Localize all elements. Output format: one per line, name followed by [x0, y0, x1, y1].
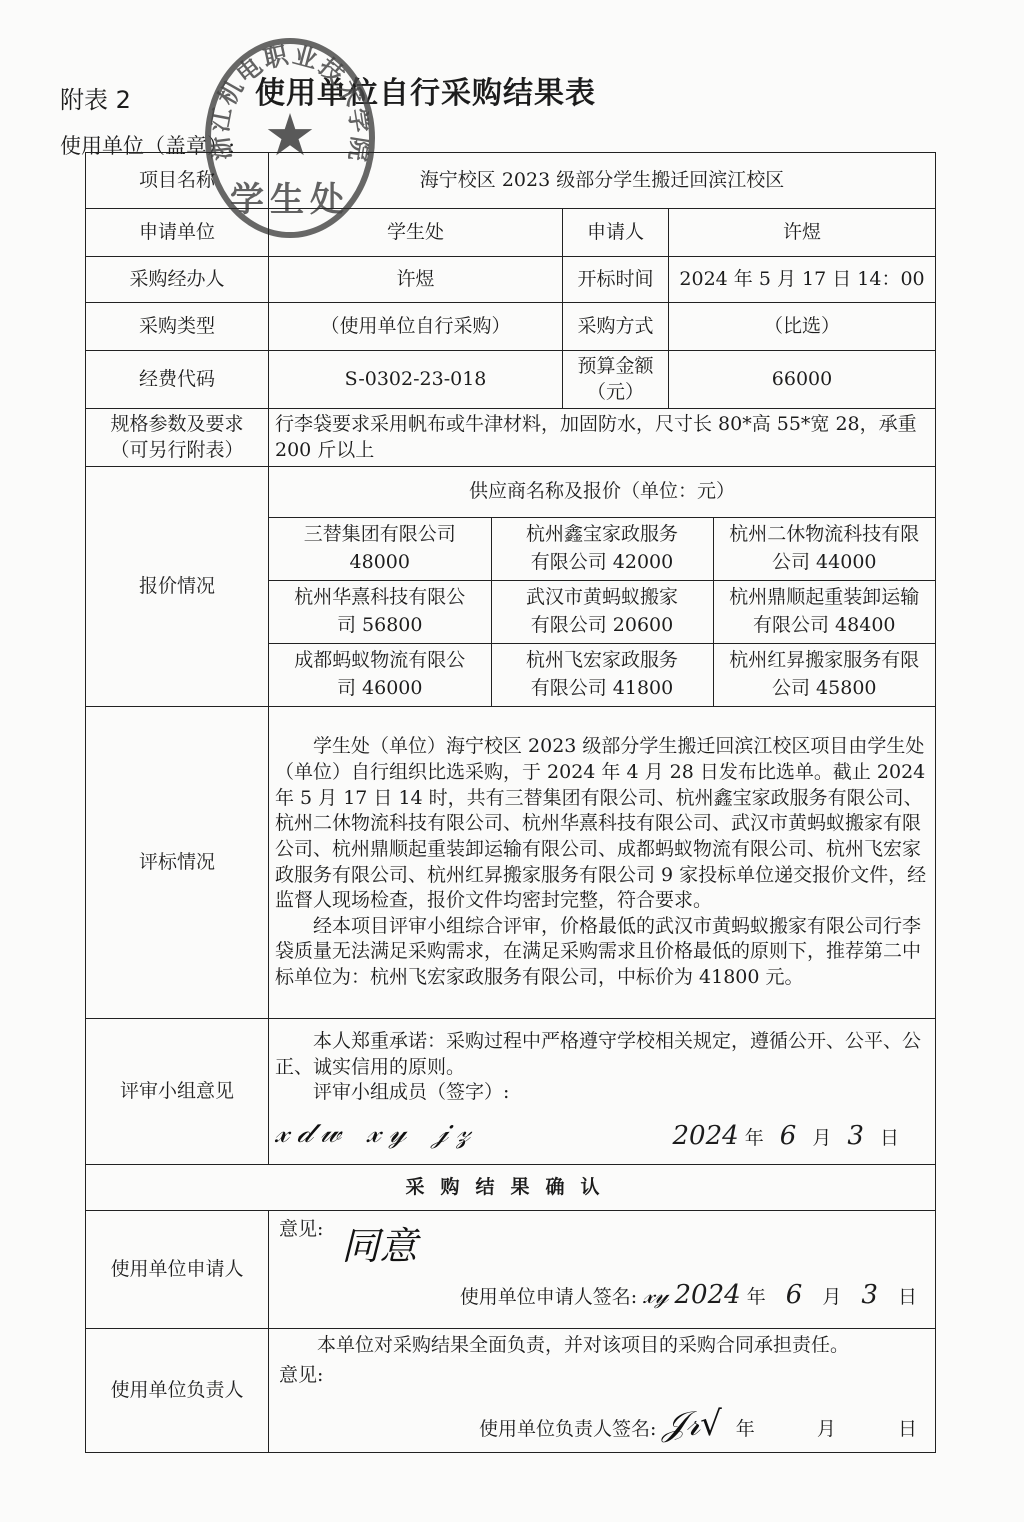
- bid-opening-time-label: 开标时间: [563, 257, 669, 303]
- document-title: 使用单位自行采购结果表: [255, 68, 596, 112]
- review-signature-line: 𝓍𝒹𝓌 𝓍𝓎 𝒿𝓏 2024 年 6 月 3 日: [275, 1106, 929, 1154]
- row-review: 评审小组意见 本人郑重承诺：采购过程中严格遵守学校相关规定，遵循公开、公平、公正…: [86, 1019, 936, 1165]
- applicant-label: 申请人: [563, 209, 669, 257]
- row-confirmation-title: 采购结果确认: [86, 1165, 936, 1211]
- row-evaluation: 评标情况 学生处（单位）海宁校区 2023 级部分学生搬迁回滨江校区项目由学生处…: [86, 707, 936, 1019]
- review-signatures: 𝓍𝒹𝓌 𝓍𝓎 𝒿𝓏: [275, 1113, 478, 1154]
- applicant-value: 许煜: [669, 209, 936, 257]
- row-applicant-confirm: 使用单位申请人 意见: 同意 使用单位申请人签名: 𝓍𝓎 2024 年 6 月 …: [86, 1211, 936, 1329]
- evaluation-label: 评标情况: [86, 707, 269, 1019]
- purchase-type-label: 采购类型: [86, 303, 269, 351]
- review-pledge: 本人郑重承诺：采购过程中严格遵守学校相关规定，遵循公开、公平、公正、诚实信用的原…: [275, 1029, 929, 1080]
- appendix-label: 附表 2: [60, 80, 131, 115]
- applicant-opinion-label: 意见:: [279, 1217, 323, 1243]
- applicant-unit-label: 申请单位: [86, 209, 269, 257]
- head-section-label: 使用单位负责人: [86, 1329, 269, 1453]
- evaluation-paragraph-1: 学生处（单位）海宁校区 2023 级部分学生搬迁回滨江校区项目由学生处（单位）自…: [275, 734, 929, 913]
- head-signature-line: 使用单位负责人签名: 𝒥𝓇√ 年 月 日: [279, 1402, 925, 1448]
- purchase-type-value: （使用单位自行采购）: [269, 303, 563, 351]
- head-opinion-label: 意见:: [279, 1363, 925, 1389]
- row-agent: 采购经办人 许煜 开标时间 2024 年 5 月 17 日 14：00: [86, 257, 936, 303]
- applicant-opinion-line: 意见: 同意: [279, 1217, 925, 1272]
- head-section-content: 本单位对采购结果全面负责，并对该项目的采购合同承担责任。 意见: 使用单位负责人…: [269, 1329, 936, 1453]
- quote-cell: 三替集团有限公司 48000: [269, 518, 491, 581]
- confirmation-section-title: 采购结果确认: [86, 1165, 936, 1211]
- quote-row: 成都蚂蚁物流有限公 司 46000 杭州飞宏家政服务 有限公司 41800 杭州…: [269, 644, 935, 707]
- bid-opening-time-value: 2024 年 5 月 17 日 14：00: [669, 257, 936, 303]
- quote-cell: 成都蚂蚁物流有限公 司 46000: [269, 644, 491, 707]
- quote-cell: 杭州二休物流科技有限 公司 44000: [713, 518, 935, 581]
- applicant-unit-value: 学生处: [269, 209, 563, 257]
- head-signature: 𝒥𝓇√: [662, 1404, 721, 1444]
- applicant-section-content: 意见: 同意 使用单位申请人签名: 𝓍𝓎 2024 年 6 月 3 日: [269, 1211, 936, 1329]
- supplier-quotes-grid: 三替集团有限公司 48000 杭州鑫宝家政服务 有限公司 42000 杭州二休物…: [269, 518, 935, 706]
- quotes-cell: 供应商名称及报价（单位：元） 三替集团有限公司 48000 杭州鑫宝家政服务 有…: [269, 467, 936, 707]
- applicant-signature-line: 使用单位申请人签名: 𝓍𝓎 2024 年 6 月 3 日: [279, 1278, 925, 1313]
- purchase-method-value: （比选）: [669, 303, 936, 351]
- quote-cell: 杭州华熹科技有限公 司 56800: [269, 581, 491, 644]
- row-head-confirm: 使用单位负责人 本单位对采购结果全面负责，并对该项目的采购合同承担责任。 意见:…: [86, 1329, 936, 1453]
- head-signature-label: 使用单位负责人签名:: [479, 1418, 656, 1440]
- review-content: 本人郑重承诺：采购过程中严格遵守学校相关规定，遵循公开、公平、公正、诚实信用的原…: [269, 1019, 936, 1165]
- row-spec: 规格参数及要求 （可另行附表） 行李袋要求采用帆布或牛津材料，加固防水，尺寸长 …: [86, 409, 936, 467]
- review-label: 评审小组意见: [86, 1019, 269, 1165]
- evaluation-paragraph-2: 经本项目评审小组综合评审，价格最低的武汉市黄蚂蚁搬家有限公司行李袋质量无法满足采…: [275, 914, 929, 991]
- fund-code-value: S-0302-23-018: [269, 351, 563, 409]
- quote-row: 杭州华熹科技有限公 司 56800 武汉市黄蚂蚁搬家 有限公司 20600 杭州…: [269, 581, 935, 644]
- quote-cell: 杭州红昇搬家服务有限 公司 45800: [713, 644, 935, 707]
- row-quotes: 报价情况 供应商名称及报价（单位：元） 三替集团有限公司 48000 杭州鑫宝家…: [86, 467, 936, 707]
- row-fund: 经费代码 S-0302-23-018 预算金额 （元） 66000: [86, 351, 936, 409]
- project-name-label: 项目名称: [86, 153, 269, 209]
- quotes-label: 报价情况: [86, 467, 269, 707]
- head-statement: 本单位对采购结果全面负责，并对该项目的采购合同承担责任。: [279, 1333, 925, 1359]
- purchase-method-label: 采购方式: [563, 303, 669, 351]
- applicant-opinion-handwritten: 同意: [341, 1221, 417, 1272]
- quote-cell: 武汉市黄蚂蚁搬家 有限公司 20600: [491, 581, 713, 644]
- applicant-signature: 𝓍𝓎: [643, 1281, 668, 1309]
- review-date: 2024 年 6 月 3 日: [672, 1119, 929, 1154]
- budget-value: 66000: [669, 351, 936, 409]
- row-project-name: 项目名称 海宁校区 2023 级部分学生搬迁回滨江校区: [86, 153, 936, 209]
- purchase-agent-label: 采购经办人: [86, 257, 269, 303]
- procurement-result-table: 项目名称 海宁校区 2023 级部分学生搬迁回滨江校区 申请单位 学生处 申请人…: [85, 152, 936, 1453]
- review-members-label: 评审小组成员（签字）:: [275, 1080, 929, 1106]
- quotes-header: 供应商名称及报价（单位：元）: [269, 467, 935, 518]
- quote-cell: 杭州鑫宝家政服务 有限公司 42000: [491, 518, 713, 581]
- quote-cell: 杭州鼎顺起重装卸运输 有限公司 48400: [713, 581, 935, 644]
- fund-code-label: 经费代码: [86, 351, 269, 409]
- evaluation-content: 学生处（单位）海宁校区 2023 级部分学生搬迁回滨江校区项目由学生处（单位）自…: [269, 707, 936, 1019]
- spec-label: 规格参数及要求 （可另行附表）: [86, 409, 269, 467]
- quote-cell: 杭州飞宏家政服务 有限公司 41800: [491, 644, 713, 707]
- quote-row: 三替集团有限公司 48000 杭州鑫宝家政服务 有限公司 42000 杭州二休物…: [269, 518, 935, 581]
- applicant-signature-label: 使用单位申请人签名:: [460, 1286, 637, 1308]
- row-purchase-type: 采购类型 （使用单位自行采购） 采购方式 （比选）: [86, 303, 936, 351]
- applicant-section-label: 使用单位申请人: [86, 1211, 269, 1329]
- spec-value: 行李袋要求采用帆布或牛津材料，加固防水，尺寸长 80*高 55*宽 28，承重 …: [269, 409, 936, 467]
- budget-label: 预算金额 （元）: [563, 351, 669, 409]
- project-name-value: 海宁校区 2023 级部分学生搬迁回滨江校区: [269, 153, 936, 209]
- row-applicant: 申请单位 学生处 申请人 许煜: [86, 209, 936, 257]
- purchase-agent-value: 许煜: [269, 257, 563, 303]
